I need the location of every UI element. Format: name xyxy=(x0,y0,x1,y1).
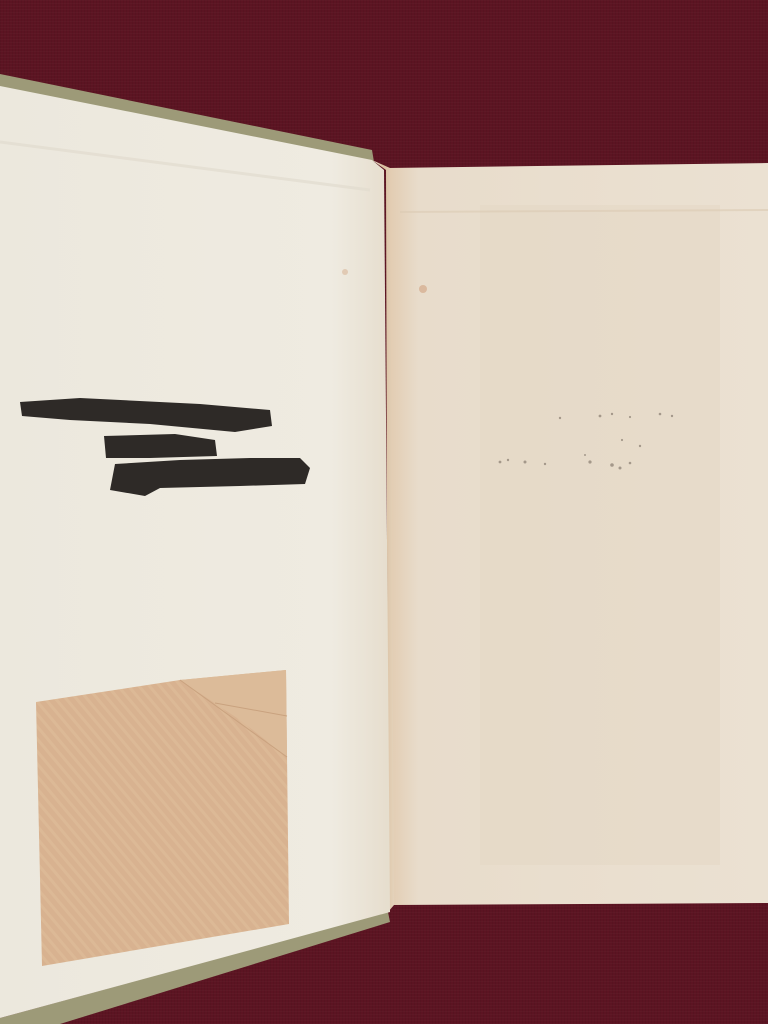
right-page xyxy=(388,163,768,905)
photo-scene xyxy=(0,0,768,1024)
book-illustration xyxy=(0,0,768,1024)
tan-paper-piece xyxy=(36,670,289,966)
